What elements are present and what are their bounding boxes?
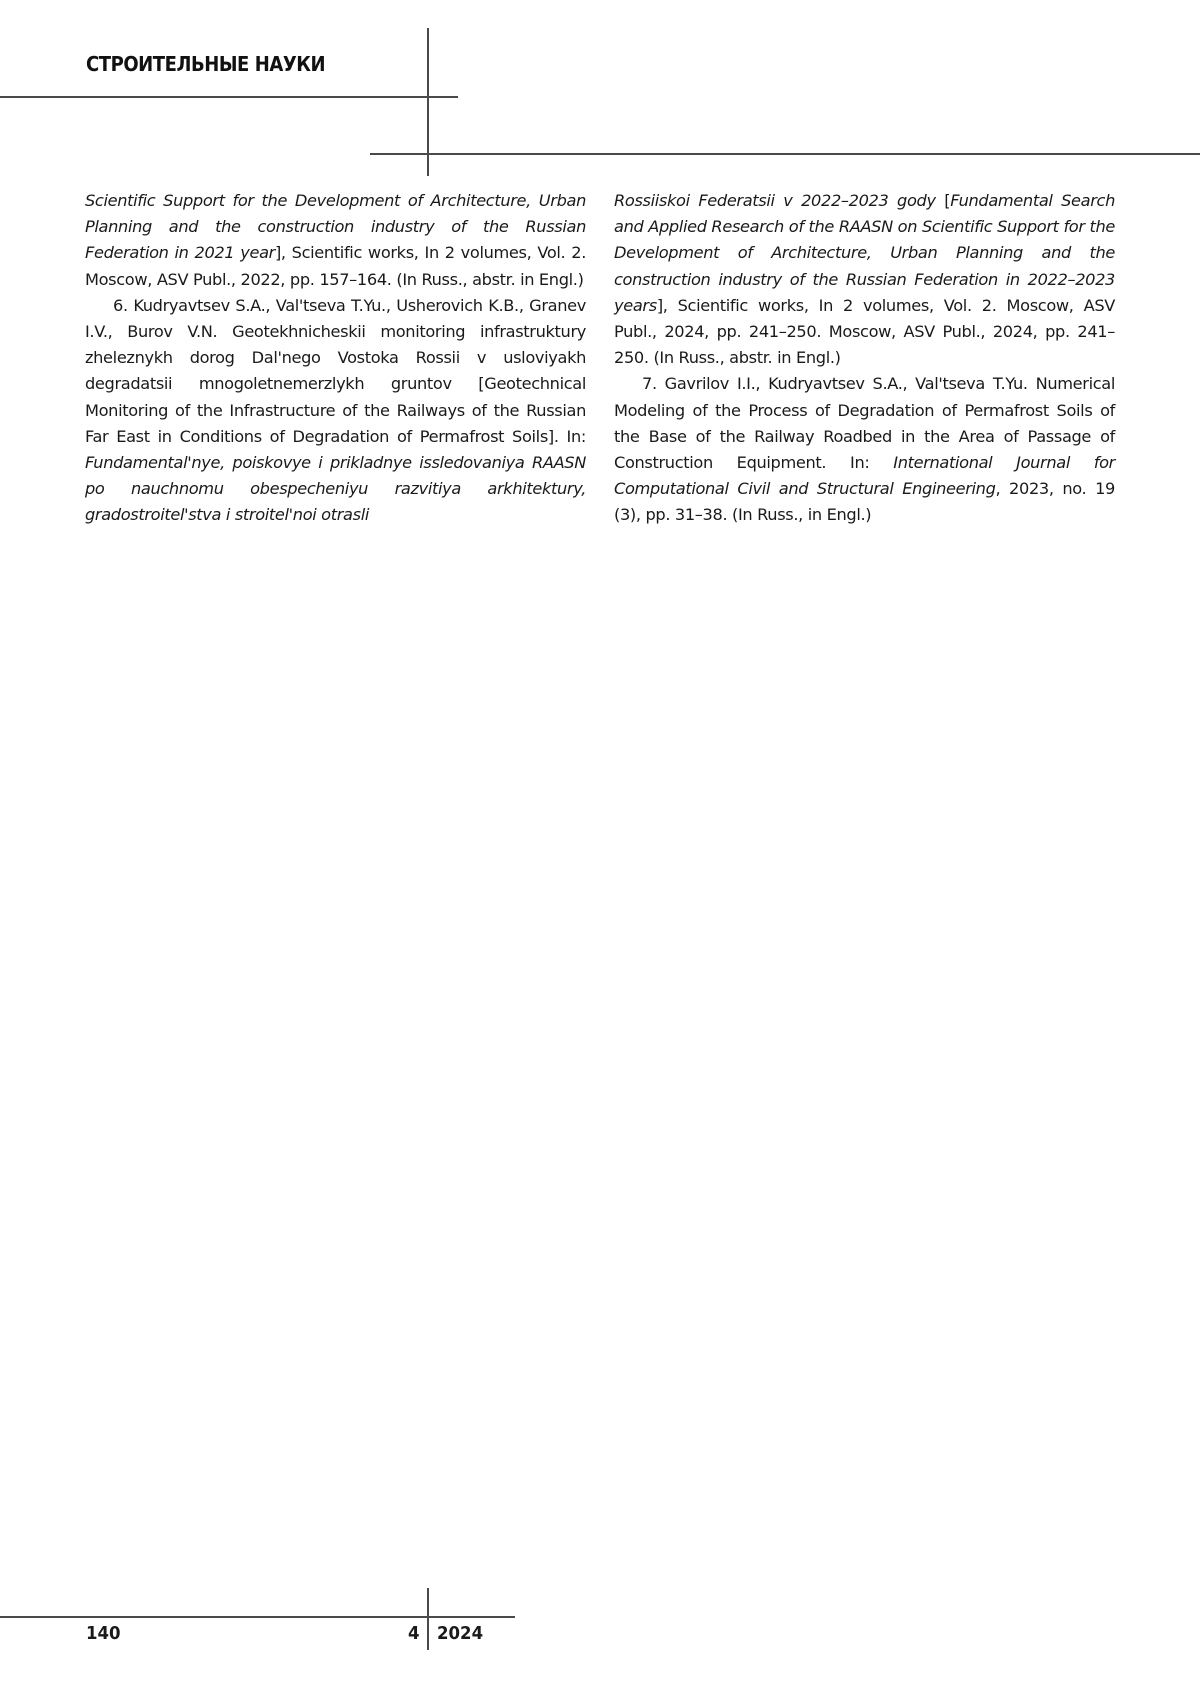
reference-publication-details: ], Scientific works, In 2 volumes, Vol. … — [614, 296, 1115, 367]
reference-5-continuation: Scientific Support for the Development o… — [85, 188, 586, 293]
reference-number: 7. — [642, 374, 657, 393]
header-horizontal-rule — [0, 96, 458, 98]
bracket-open: [ — [936, 191, 951, 210]
reference-source-italic: Fundamental'nye, poiskovye i prikladnye … — [85, 453, 586, 524]
reference-6-continuation: Rossiiskoi Federatsii v 2022–2023 gody [… — [614, 188, 1115, 371]
footer-horizontal-rule — [0, 1616, 515, 1618]
issue-number: 4 — [408, 1623, 420, 1644]
section-title: СТРОИТЕЛЬНЫЕ НАУКИ — [86, 52, 325, 76]
reference-6: 6. Kudryavtsev S.A., Val'tseva T.Yu., Us… — [85, 293, 586, 529]
reference-number: 6. — [113, 296, 128, 315]
references-column-right: Rossiiskoi Federatsii v 2022–2023 gody [… — [614, 188, 1115, 529]
issue-year: 2024 — [437, 1623, 483, 1644]
content-top-rule — [370, 153, 1200, 155]
footer-vertical-rule — [427, 1588, 429, 1650]
reference-7: 7. Gavrilov I.I., Kudryavtsev S.A., Val'… — [614, 371, 1115, 528]
references-column-left: Scientific Support for the Development o… — [85, 188, 586, 529]
reference-source-italic: Rossiiskoi Federatsii v 2022–2023 gody — [614, 191, 936, 210]
reference-authors: Gavrilov I.I., Kudryavtsev S.A., Val'tse… — [665, 374, 1028, 393]
page-number: 140 — [86, 1623, 121, 1644]
